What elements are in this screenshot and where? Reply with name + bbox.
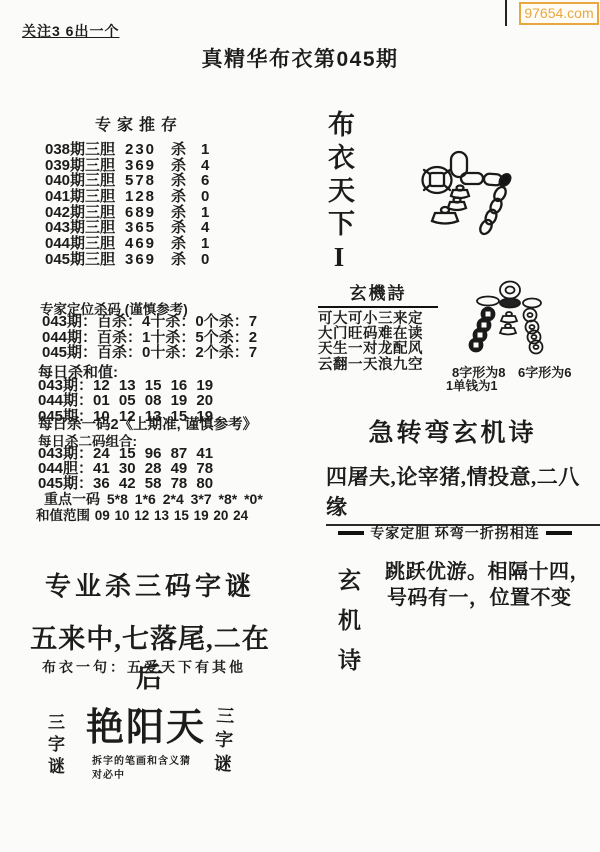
kill-number: 6 [201, 173, 215, 189]
kill-number: 0 [201, 252, 215, 268]
recommend-row: 043期三胆365杀4 [45, 220, 215, 236]
row-period: 044期三胆 [45, 236, 125, 252]
mystery-poem-box: 玄機詩 可大可小三来定 大门旺码难在读 天生一对龙配风 云翻一天浪九空 [318, 279, 438, 373]
row-period: 041期三胆 [45, 189, 125, 205]
daily-kill-sum-row: 044期：01 05 08 19 20 [38, 393, 213, 408]
gold-ingot-small [451, 186, 469, 199]
row-value: 578 [125, 173, 171, 189]
expert-dan-text: 专家定胆 环弯一折拐相连 [370, 523, 540, 543]
row-period: 045期三胆 [45, 252, 125, 268]
recommend-row: 044期三胆469杀1 [45, 236, 215, 252]
kill-position-row: 044期：百杀：1十杀：5个杀：2 [42, 330, 257, 346]
coin-ellipse-dark [500, 299, 520, 308]
focus-note: 关注3 6出一个 [22, 21, 119, 41]
recommend-row: 040期三胆578杀6 [45, 173, 215, 189]
mystery-poem-header: 玄機詩 [318, 279, 438, 308]
expert-dan-line: 专家定胆 环弯一折拐相连 [316, 523, 594, 543]
recommend-row: 038期三胆230杀1 [45, 142, 215, 158]
daily-kill-two-list: 043期：24 15 96 87 41 044胆：41 30 28 49 78 … [38, 446, 213, 492]
recommend-row: 045期三胆369杀0 [45, 252, 215, 268]
expert-recommend-header: 专家推存 [95, 112, 183, 135]
row-period: 038期三胆 [45, 142, 125, 158]
sum-range-line: 和值范围 09 10 12 13 15 19 20 24 [36, 504, 248, 524]
kill-number: 1 [201, 236, 215, 252]
buyi-sentence: 布衣一句：五爱天下有其他 [42, 657, 246, 677]
kill-position-row: 043期：百杀：4十杀：0个杀：7 [42, 314, 257, 330]
kill-number: 1 [201, 142, 215, 158]
dash-bar-left [338, 531, 364, 535]
mystery-poem-lines: 可大可小三来定 大门旺码难在读 天生一对龙配风 云翻一天浪九空 [318, 312, 438, 373]
word-puzzle-hint-line2: 对必中 [92, 766, 125, 781]
row-value: 230 [125, 142, 171, 158]
row-value: 689 [125, 205, 171, 221]
daily-kill-sum-row: 043期：12 13 15 16 19 [38, 378, 213, 393]
page-title: 真精华布衣第045期 [0, 43, 600, 73]
gold-ingot-small [500, 324, 516, 335]
dash-bar-right [546, 531, 572, 535]
gold-ingot-small [448, 198, 466, 211]
coin-drawing-86 [464, 279, 552, 359]
word-puzzle-hint-line1: 拆字的笔画和含义猜 [92, 752, 191, 767]
turn-poem-title: 急转弯玄机诗 [310, 413, 595, 449]
bottom-poem-line1: 跳跃优游。相隔十四， [385, 555, 590, 584]
coin-ellipse [523, 299, 541, 308]
kill-number: 0 [201, 189, 215, 205]
bead-capsule-horizontal [461, 173, 483, 184]
turn-poem-line: 四屠夫,论宰猪,情投意,二八缘 [326, 461, 600, 526]
word-puzzle-left-label: 三字谜 [42, 713, 67, 779]
coin-ellipse [477, 297, 499, 306]
caption-6-shape: 6字形为6 [518, 362, 571, 381]
bead-drawing-97 [413, 147, 525, 239]
caption-1-coin: 1单钱为1 [446, 376, 497, 394]
row-value: 128 [125, 189, 171, 205]
kill-number: 4 [201, 158, 215, 174]
buyi-tianxia-vertical-title: 布衣天下I [320, 110, 359, 278]
row-period: 040期三胆 [45, 173, 125, 189]
daily-kill-two-row: 043期：24 15 96 87 41 [38, 446, 213, 461]
coin-chain-left [470, 308, 495, 352]
kill-number: 1 [201, 205, 215, 221]
kill-label: 杀 [171, 189, 201, 205]
bottom-poem-line2: 号码有一，位置不变 [387, 581, 572, 610]
row-value: 365 [125, 220, 171, 236]
expert-recommend-list: 038期三胆230杀1 039期三胆369杀4 040期三胆578杀6 041期… [45, 142, 215, 268]
kill-label: 杀 [171, 220, 201, 236]
site-watermark[interactable]: 97654.com [519, 2, 599, 25]
row-value: 369 [125, 158, 171, 174]
word-puzzle-answer: 艳阳天 [86, 696, 206, 751]
kill-label: 杀 [171, 173, 201, 189]
kill-number: 4 [201, 220, 215, 236]
top-divider-line [505, 0, 507, 26]
three-code-riddle-line: 五来中,七落尾,二在后 [30, 617, 270, 695]
bottom-poem-vertical-title: 玄机诗 [332, 568, 365, 688]
coin-top [500, 282, 520, 299]
coin-chain-right [524, 309, 543, 354]
gold-ingot-small [501, 312, 517, 323]
recommend-row: 041期三胆128杀0 [45, 189, 215, 205]
kill-label: 杀 [171, 236, 201, 252]
three-code-riddle-title: 专业杀三码字谜 [30, 566, 270, 603]
kill-position-list: 043期：百杀：4十杀：0个杀：7 044期：百杀：1十杀：5个杀：2 045期… [42, 314, 257, 361]
kill-label: 杀 [171, 252, 201, 268]
kill-label: 杀 [171, 142, 201, 158]
poem-line: 可大可小三来定 [318, 312, 438, 327]
kill-position-row: 045期：百杀：0十杀：2个杀：7 [42, 345, 257, 361]
chain-ring [478, 218, 494, 236]
daily-kill-two-row: 044胆：41 30 28 49 78 [38, 461, 213, 476]
row-value: 369 [125, 252, 171, 268]
poem-line: 云翻一天浪九空 [318, 358, 438, 373]
row-value: 469 [125, 236, 171, 252]
row-period: 043期三胆 [45, 220, 125, 236]
poem-line: 天生一对龙配风 [318, 342, 438, 357]
word-puzzle-right-label: 三字谜 [208, 705, 238, 778]
